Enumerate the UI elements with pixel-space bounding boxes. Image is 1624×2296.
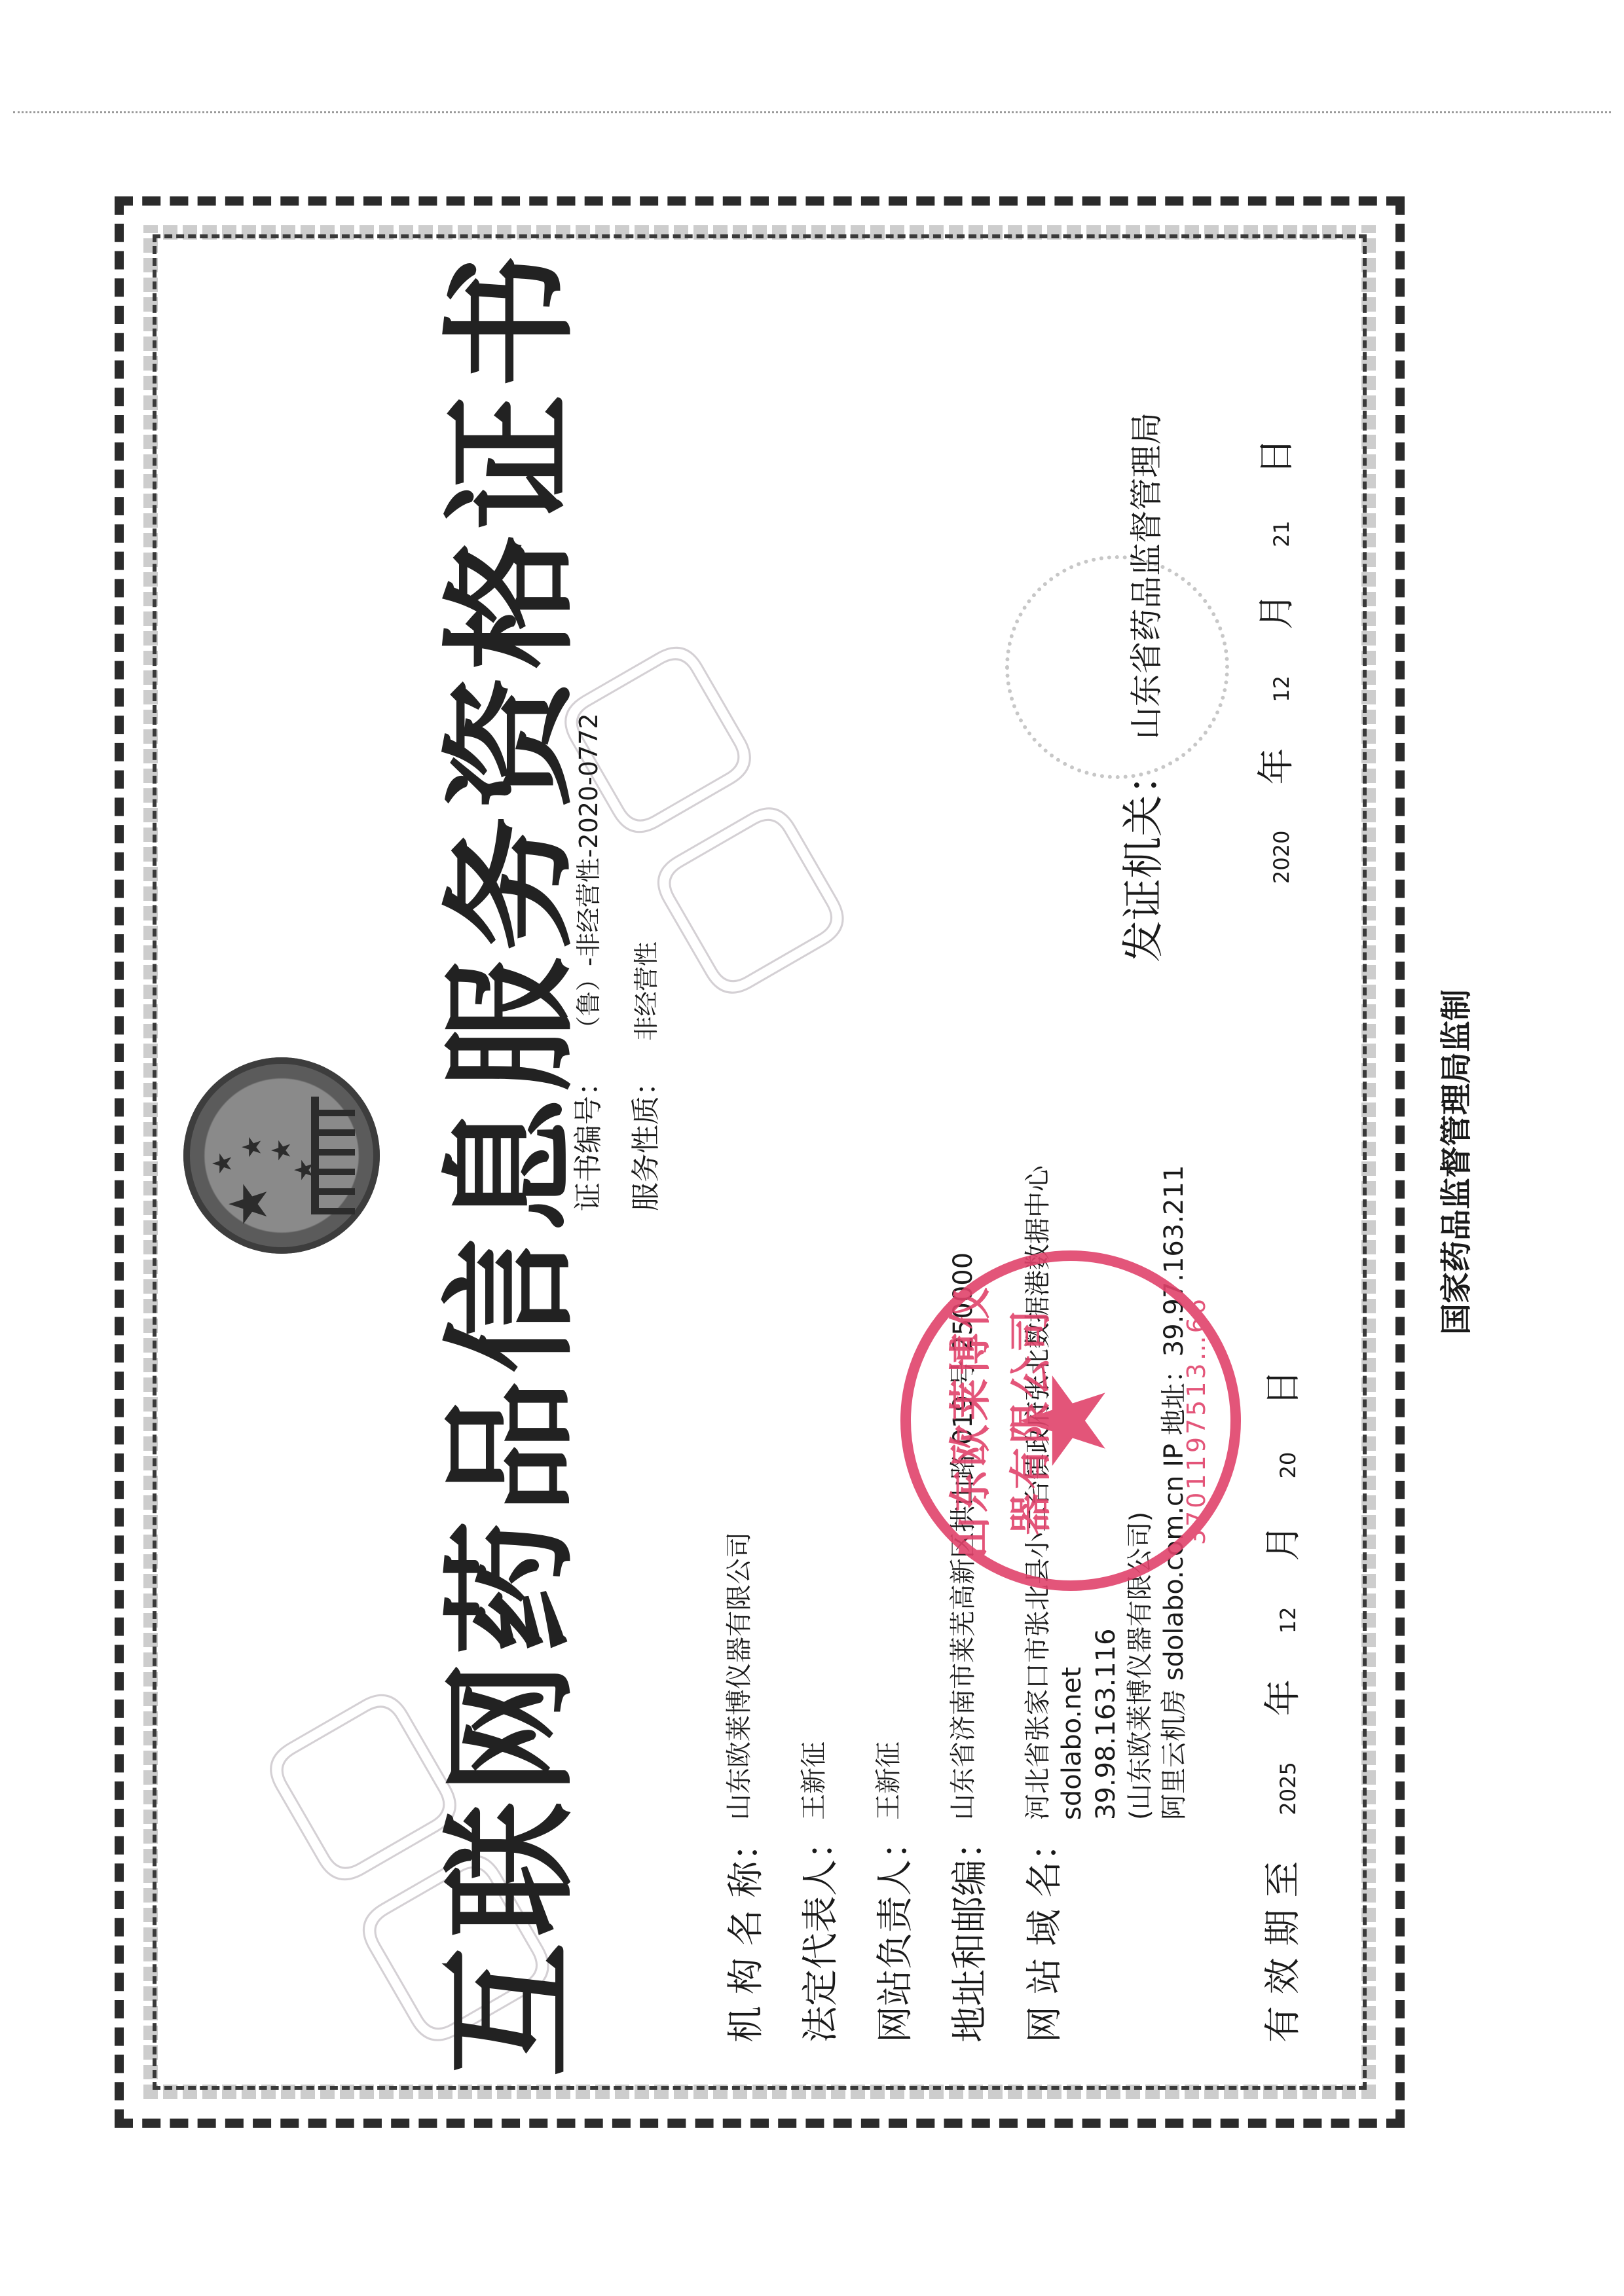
field-value: 王新征	[866, 1741, 906, 1820]
service-nature-row: 服务性质： 非经营性	[618, 713, 675, 1211]
field-value-line: 王新征	[797, 1741, 831, 1820]
field-label: 网站负责人：	[866, 1820, 919, 2043]
field-label: 机 构 名 称：	[717, 1820, 769, 2043]
field-value-line: 山东欧莱博仪器有限公司	[722, 1532, 756, 1820]
field-label: 地址和邮编：	[941, 1820, 993, 2043]
certificate-number-row: 证书编号： （鲁）-非经营性-2020-0772	[560, 713, 618, 1211]
field-value: 山东欧莱博仪器有限公司	[717, 1532, 756, 1820]
service-nature: 非经营性	[618, 941, 675, 1041]
certificate: ▢▢ ▢▢ ★ ★ ★ ★ ★ 互联网药品信息服务资格证书 证书编号： （鲁）-…	[115, 196, 1405, 2128]
supervised-by: 国家药品监督管理局监制	[1431, 196, 1476, 2128]
certificate-field: 法定代表人：王新征	[792, 1061, 844, 2043]
issuing-authority: 发证机关： 山东省药品监督管理局	[1110, 412, 1170, 962]
field-value: 王新征	[792, 1741, 831, 1820]
issue-date: 2020 年 12 月 21 日	[1247, 438, 1300, 884]
national-emblem-icon: ★ ★ ★ ★ ★	[183, 1057, 380, 1254]
star-icon: ★	[1006, 1368, 1124, 1473]
valid-until: 有 效 期 至 2025 年 12 月 20 日	[1254, 1370, 1306, 2043]
scan-edge-line	[13, 111, 1611, 113]
certificate-meta: 证书编号： （鲁）-非经营性-2020-0772 服务性质： 非经营性	[560, 713, 675, 1211]
certificate-field: 机 构 名 称：山东欧莱博仪器有限公司	[717, 1061, 769, 2043]
company-seal: 山东欧莱博仪器有限公司 ★ 3701197513…66	[900, 1250, 1241, 1591]
field-label: 法定代表人：	[792, 1820, 844, 2043]
field-value-line: 王新征	[872, 1741, 906, 1820]
certificate-number: （鲁）-非经营性-2020-0772	[560, 713, 618, 1041]
field-label: 网 站 域 名：	[1016, 1820, 1068, 2043]
certificate-field: 网站负责人：王新征	[866, 1061, 919, 2043]
